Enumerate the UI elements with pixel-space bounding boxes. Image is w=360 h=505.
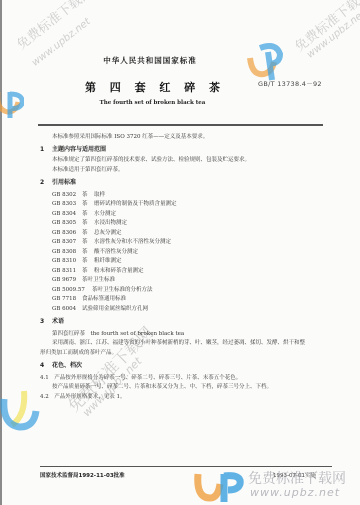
ref-name: 水浸出物测定 — [94, 219, 127, 229]
section-number: 3 — [40, 317, 52, 327]
ref-name: 磨碎试样的制备及干物质含量测定 — [94, 200, 177, 210]
reference-item: GB 8302茶取样 — [40, 191, 325, 201]
document-title-cn: 第 四 套 红 碎 茶 — [85, 79, 220, 95]
section-2-title: 2引用标准 — [40, 178, 325, 188]
title-char: 四 — [110, 79, 121, 95]
clause-4-1: 4.1 产品按外形规格分为碎茶一号、碎茶二号、碎茶三号、片茶、末茶五个花色。 — [40, 374, 325, 384]
reference-item: GB 8303茶磨碎试样的制备及干物质含量测定 — [40, 200, 325, 210]
ref-code: GB 8302 — [52, 191, 82, 201]
reference-item: GB 8308茶酸不溶性灰分测定 — [40, 248, 325, 258]
reference-item: GB 8307茶水溶性灰分和水不溶性灰分测定 — [40, 238, 325, 248]
section-title-text: 主题内容与适用范围 — [52, 146, 106, 153]
section-title-text: 术语 — [52, 318, 64, 325]
footer-divider — [40, 466, 332, 467]
ref-code: GB 8311 — [52, 267, 82, 277]
standard-code: GB/T 13738.4－92 — [258, 79, 322, 88]
watermark-bottom-url: www.upbz.net — [250, 486, 340, 499]
watermark-bottom-cn: 免费标准下载网 — [248, 468, 346, 488]
ref-code: GB 6004 — [52, 305, 82, 315]
ref-prefix: 茶 — [82, 267, 94, 277]
reference-item: GB 5009.57茶叶卫生标准的分析方法 — [40, 286, 325, 296]
ref-name: 食品标签通用标准 — [82, 295, 126, 305]
ref-code: GB 7718 — [52, 295, 82, 305]
ref-code: GB 9679 — [52, 276, 82, 286]
section-3-title: 3术语 — [40, 317, 325, 327]
section-number: 1 — [40, 145, 52, 155]
ref-name: 粉末和碎茶含量测定 — [94, 267, 144, 277]
reference-item: GB 8306茶总灰分测定 — [40, 229, 325, 239]
up-logo-icon — [192, 470, 244, 502]
document-title-en: The fourth set of broken black tea — [0, 100, 305, 106]
clause-4-2: 4.2 产品外形规格要求，见表 1。 — [40, 393, 325, 403]
ref-prefix: 茶 — [82, 200, 94, 210]
section-1-title: 1主题内容与适用范围 — [40, 145, 325, 155]
section-3-para: 采用湖南、浙江、江苏、福建等省的小叶种茶树新梢的芽、叶、嫩茎，经过萎凋、揉切、发… — [40, 339, 325, 349]
up-logo-icon — [0, 385, 44, 433]
ref-prefix: 茶 — [82, 210, 94, 220]
ref-code: GB 8303 — [52, 200, 82, 210]
section-title-text: 引用标准 — [52, 179, 76, 186]
ref-prefix: 茶 — [82, 238, 94, 248]
title-char: 套 — [135, 79, 146, 95]
reference-item: GB 8304茶水分测定 — [40, 210, 325, 220]
ref-code: GB 8308 — [52, 248, 82, 258]
section-1-para: 本标准规定了第四套红碎茶的技术要求、试验方法、检验规则、包装及贮运要求。 — [40, 156, 325, 166]
ref-name: 水溶性灰分和水不溶性灰分测定 — [94, 238, 171, 248]
title-char: 碎 — [184, 79, 195, 95]
ref-name: 茶叶卫生标准 — [82, 276, 115, 286]
header-divider — [38, 124, 323, 126]
ref-name: 取样 — [94, 191, 105, 201]
title-char: 茶 — [209, 79, 220, 95]
ref-code: GB 8307 — [52, 238, 82, 248]
ref-name: 试验筛用金属丝编织方孔网 — [82, 305, 148, 315]
ref-name: 粗纤维测定 — [94, 257, 122, 267]
ref-code: GB 8310 — [52, 257, 82, 267]
clause-4-1-cont: 按产品质量碎茶一号、碎茶二号、片茶和末茶又分为上、中、下档，碎茶三号分上、下档。 — [40, 383, 325, 393]
reference-item: GB 6004试验筛用金属丝编织方孔网 — [40, 305, 325, 315]
ref-prefix: 茶 — [82, 257, 94, 267]
ref-code: GB 8306 — [52, 229, 82, 239]
reference-item: GB 9679茶叶卫生标准 — [40, 276, 325, 286]
title-char: 红 — [159, 79, 170, 95]
ref-name: 茶叶卫生标准的分析方法 — [92, 286, 153, 296]
section-title-text: 花色、档次 — [52, 362, 82, 369]
ref-name: 水分测定 — [94, 210, 116, 220]
reference-item: GB 8311茶粉末和碎茶含量测定 — [40, 267, 325, 277]
country-standard-heading: 中华人民共和国国家标准 — [0, 55, 300, 66]
ref-prefix: 茶 — [82, 229, 94, 239]
ref-prefix: 茶 — [82, 191, 94, 201]
reference-item: GB 7718食品标签通用标准 — [40, 295, 325, 305]
ref-prefix: 茶 — [82, 219, 94, 229]
ref-code: GB 5009.57 — [52, 286, 92, 296]
reference-item: GB 8305茶水浸出物测定 — [40, 219, 325, 229]
term-definition: 第四套红碎茶 the fourth set of broken black te… — [40, 330, 325, 340]
title-char: 第 — [85, 79, 96, 95]
section-3-para: 形归类加工而制成的茶叶产品。 — [40, 349, 325, 359]
section-4-title: 4花色、档次 — [40, 361, 325, 371]
reference-list: GB 8302茶取样 GB 8303茶磨碎试样的制备及干物质含量测定 GB 83… — [40, 191, 325, 315]
ref-name: 酸不溶性灰分测定 — [94, 248, 138, 258]
approval-info: 国家技术监督局1992-11-03批准 — [40, 471, 125, 479]
section-1-para: 本标准适用于第四套红碎茶。 — [40, 166, 325, 176]
ref-code: GB 8305 — [52, 219, 82, 229]
document-body: 本标准参照采用国际标准 ISO 3720 红茶——定义及基本要求。 1主题内容与… — [40, 133, 325, 402]
ref-code: GB 8304 — [52, 210, 82, 220]
reference-item: GB 8310茶粗纤维测定 — [40, 257, 325, 267]
section-number: 2 — [40, 178, 52, 188]
ref-prefix: 茶 — [82, 248, 94, 258]
ref-name: 总灰分测定 — [94, 229, 122, 239]
intro-paragraph: 本标准参照采用国际标准 ISO 3720 红茶——定义及基本要求。 — [40, 133, 325, 143]
section-number: 4 — [40, 361, 52, 371]
